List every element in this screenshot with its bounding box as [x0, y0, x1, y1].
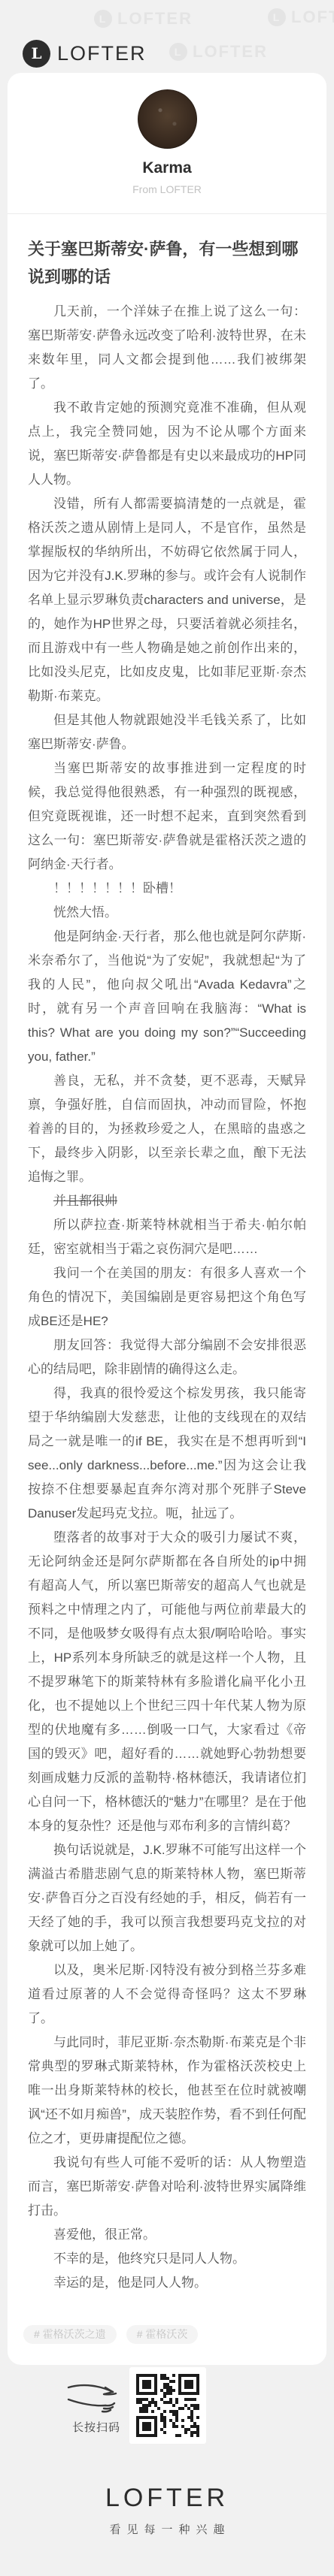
article-paragraph: 他是阿纳金·天行者，那么他也就是阿尔萨斯·米奈希尔了，当他说“为了安妮”，我就想…: [28, 925, 306, 1069]
article-paragraph: 并且都很帅: [28, 1189, 306, 1213]
lofter-watermark-icon: L: [268, 8, 286, 26]
lofter-watermark: L LOFTER: [268, 8, 334, 27]
lofter-logo: L LOFTER: [23, 40, 147, 68]
qr-finder-icon: [178, 2374, 199, 2395]
article-paragraph: 与此同时，菲尼亚斯·奈杰勒斯·布莱克是个非常典型的罗琳式斯莱特林，作为霍格沃茨校…: [28, 2031, 306, 2151]
article-paragraph: 朋友回答：我觉得大部分编剧不会安排很恶心的结局吧，除非剧情的确得这么走。: [28, 1333, 306, 1382]
lofter-watermark-icon: L: [169, 43, 187, 61]
divider: [8, 213, 326, 214]
footer-tagline: 看见每一种兴趣: [0, 2521, 334, 2537]
article-paragraph: ！！！！！！！卧槽！: [28, 877, 306, 901]
article-paragraph: 我说句有些人可能不爱听的话：从人物塑造而言，塞巴斯蒂安·萨鲁对哈利·波特世界实属…: [28, 2151, 306, 2223]
post-title: 关于塞巴斯蒂安·萨鲁，有一些想到哪说到哪的话: [28, 235, 306, 291]
article-paragraph: 堕落者的故事对于大众的吸引力屡试不爽，无论阿纳金还是阿尔萨斯都在各自所处的ip中…: [28, 1526, 306, 1838]
lofter-watermark: L LOFTER: [94, 9, 193, 29]
article-paragraph: 所以萨拉查·斯莱特林就相当于希夫·帕尔帕廷，密室就相当于霜之哀伤洞穴是吧……: [28, 1213, 306, 1261]
app-header: L LOFTER L LOFTER L LOFTER L LOFTER: [0, 0, 334, 73]
share-page: L LOFTER L LOFTER L LOFTER L LOFTER Karm…: [0, 0, 334, 2576]
qr-finder-icon: [136, 2374, 157, 2395]
article-paragraph: 以及，奥米尼斯·冈特没有被分到格兰芬多难道看过原著的人不会觉得奇怪吗？这太不罗琳…: [28, 1958, 306, 2031]
article-paragraph: 但是其他人物就跟她没半毛钱关系了，比如塞巴斯蒂安·萨鲁。: [28, 708, 306, 756]
qr-code-modules: [136, 2374, 199, 2437]
article-paragraph: 喜爱他，很正常。: [28, 2223, 306, 2247]
article-paragraph: 善良，无私，并不贪婪，更不恶毒，天赋异禀，争强好胜，自信而固执，冲动而冒险，怀抱…: [28, 1069, 306, 1189]
qr-finder-icon: [136, 2416, 157, 2437]
article-paragraph: 恍然大悟。: [28, 901, 306, 925]
tag-row: # 霍格沃茨之遗 # 霍格沃茨: [23, 2325, 326, 2344]
article-paragraph: 换句话说就是，J.K.罗琳不可能写出这样一个满溢古希腊悲剧气息的斯莱特林人物，塞…: [28, 1838, 306, 1958]
footer-lofter-wordmark: LOFTER: [0, 2484, 334, 2513]
pointing-hand-icon: [66, 2381, 125, 2413]
article-paragraph: 我问一个在美国的朋友：有很多人喜欢一个角色的情况下，美国编剧是更容易把这个角色写…: [28, 1261, 306, 1333]
lofter-logo-icon: L: [23, 40, 50, 68]
article-paragraph: 几天前，一个洋妹子在推上说了这么一句：塞巴斯蒂安·萨鲁永远改变了哈利·波特世界，…: [28, 300, 306, 396]
tag-hogwarts-legacy[interactable]: # 霍格沃茨之遗: [23, 2325, 117, 2344]
post-card: Karma From LOFTER 关于塞巴斯蒂安·萨鲁，有一些想到哪说到哪的话…: [8, 73, 326, 2365]
scan-group: 长按扫码: [66, 2381, 126, 2435]
source-label: From LOFTER: [8, 183, 326, 195]
article-paragraph: 我不敢肯定她的预测究竟准不准确，但从观点上，我完全赞同她，因为不论从哪个方面来说…: [28, 396, 306, 492]
lofter-watermark-icon: L: [94, 10, 112, 28]
article-paragraph: 当塞巴斯蒂安的故事推进到一定程度的时候，我总觉得他很熟悉，有一种强烈的既视感，但…: [28, 756, 306, 877]
lofter-watermark: L LOFTER: [169, 42, 268, 62]
article-paragraph: 得，我真的很怜爱这个棕发男孩，我只能寄望于华纳编剧大发慈悲，让他的支线现在的双结…: [28, 1382, 306, 1526]
article-paragraph: 没错，所有人都需要搞清楚的一点就是，霍格沃茨之遗从剧情上是同人，不是官作，虽然是…: [28, 492, 306, 708]
avatar: [138, 89, 197, 149]
article-body: 几天前，一个洋妹子在推上说了这么一句：塞巴斯蒂安·萨鲁永远改变了哈利·波特世界，…: [28, 300, 306, 2295]
tag-hogwarts[interactable]: # 霍格沃茨: [126, 2325, 199, 2344]
qr-code[interactable]: [129, 2367, 206, 2444]
author-name: Karma: [8, 159, 326, 177]
article-paragraph: 幸运的是，他是同人人物。: [28, 2271, 306, 2295]
article-paragraph: 不幸的是，他终究只是同人人物。: [28, 2247, 306, 2271]
share-footer: 长按扫码 LOFTER 看见每一种兴趣: [0, 2365, 334, 2576]
scan-hint-label: 长按扫码: [66, 2419, 126, 2435]
lofter-logo-wordmark: LOFTER: [57, 42, 147, 65]
